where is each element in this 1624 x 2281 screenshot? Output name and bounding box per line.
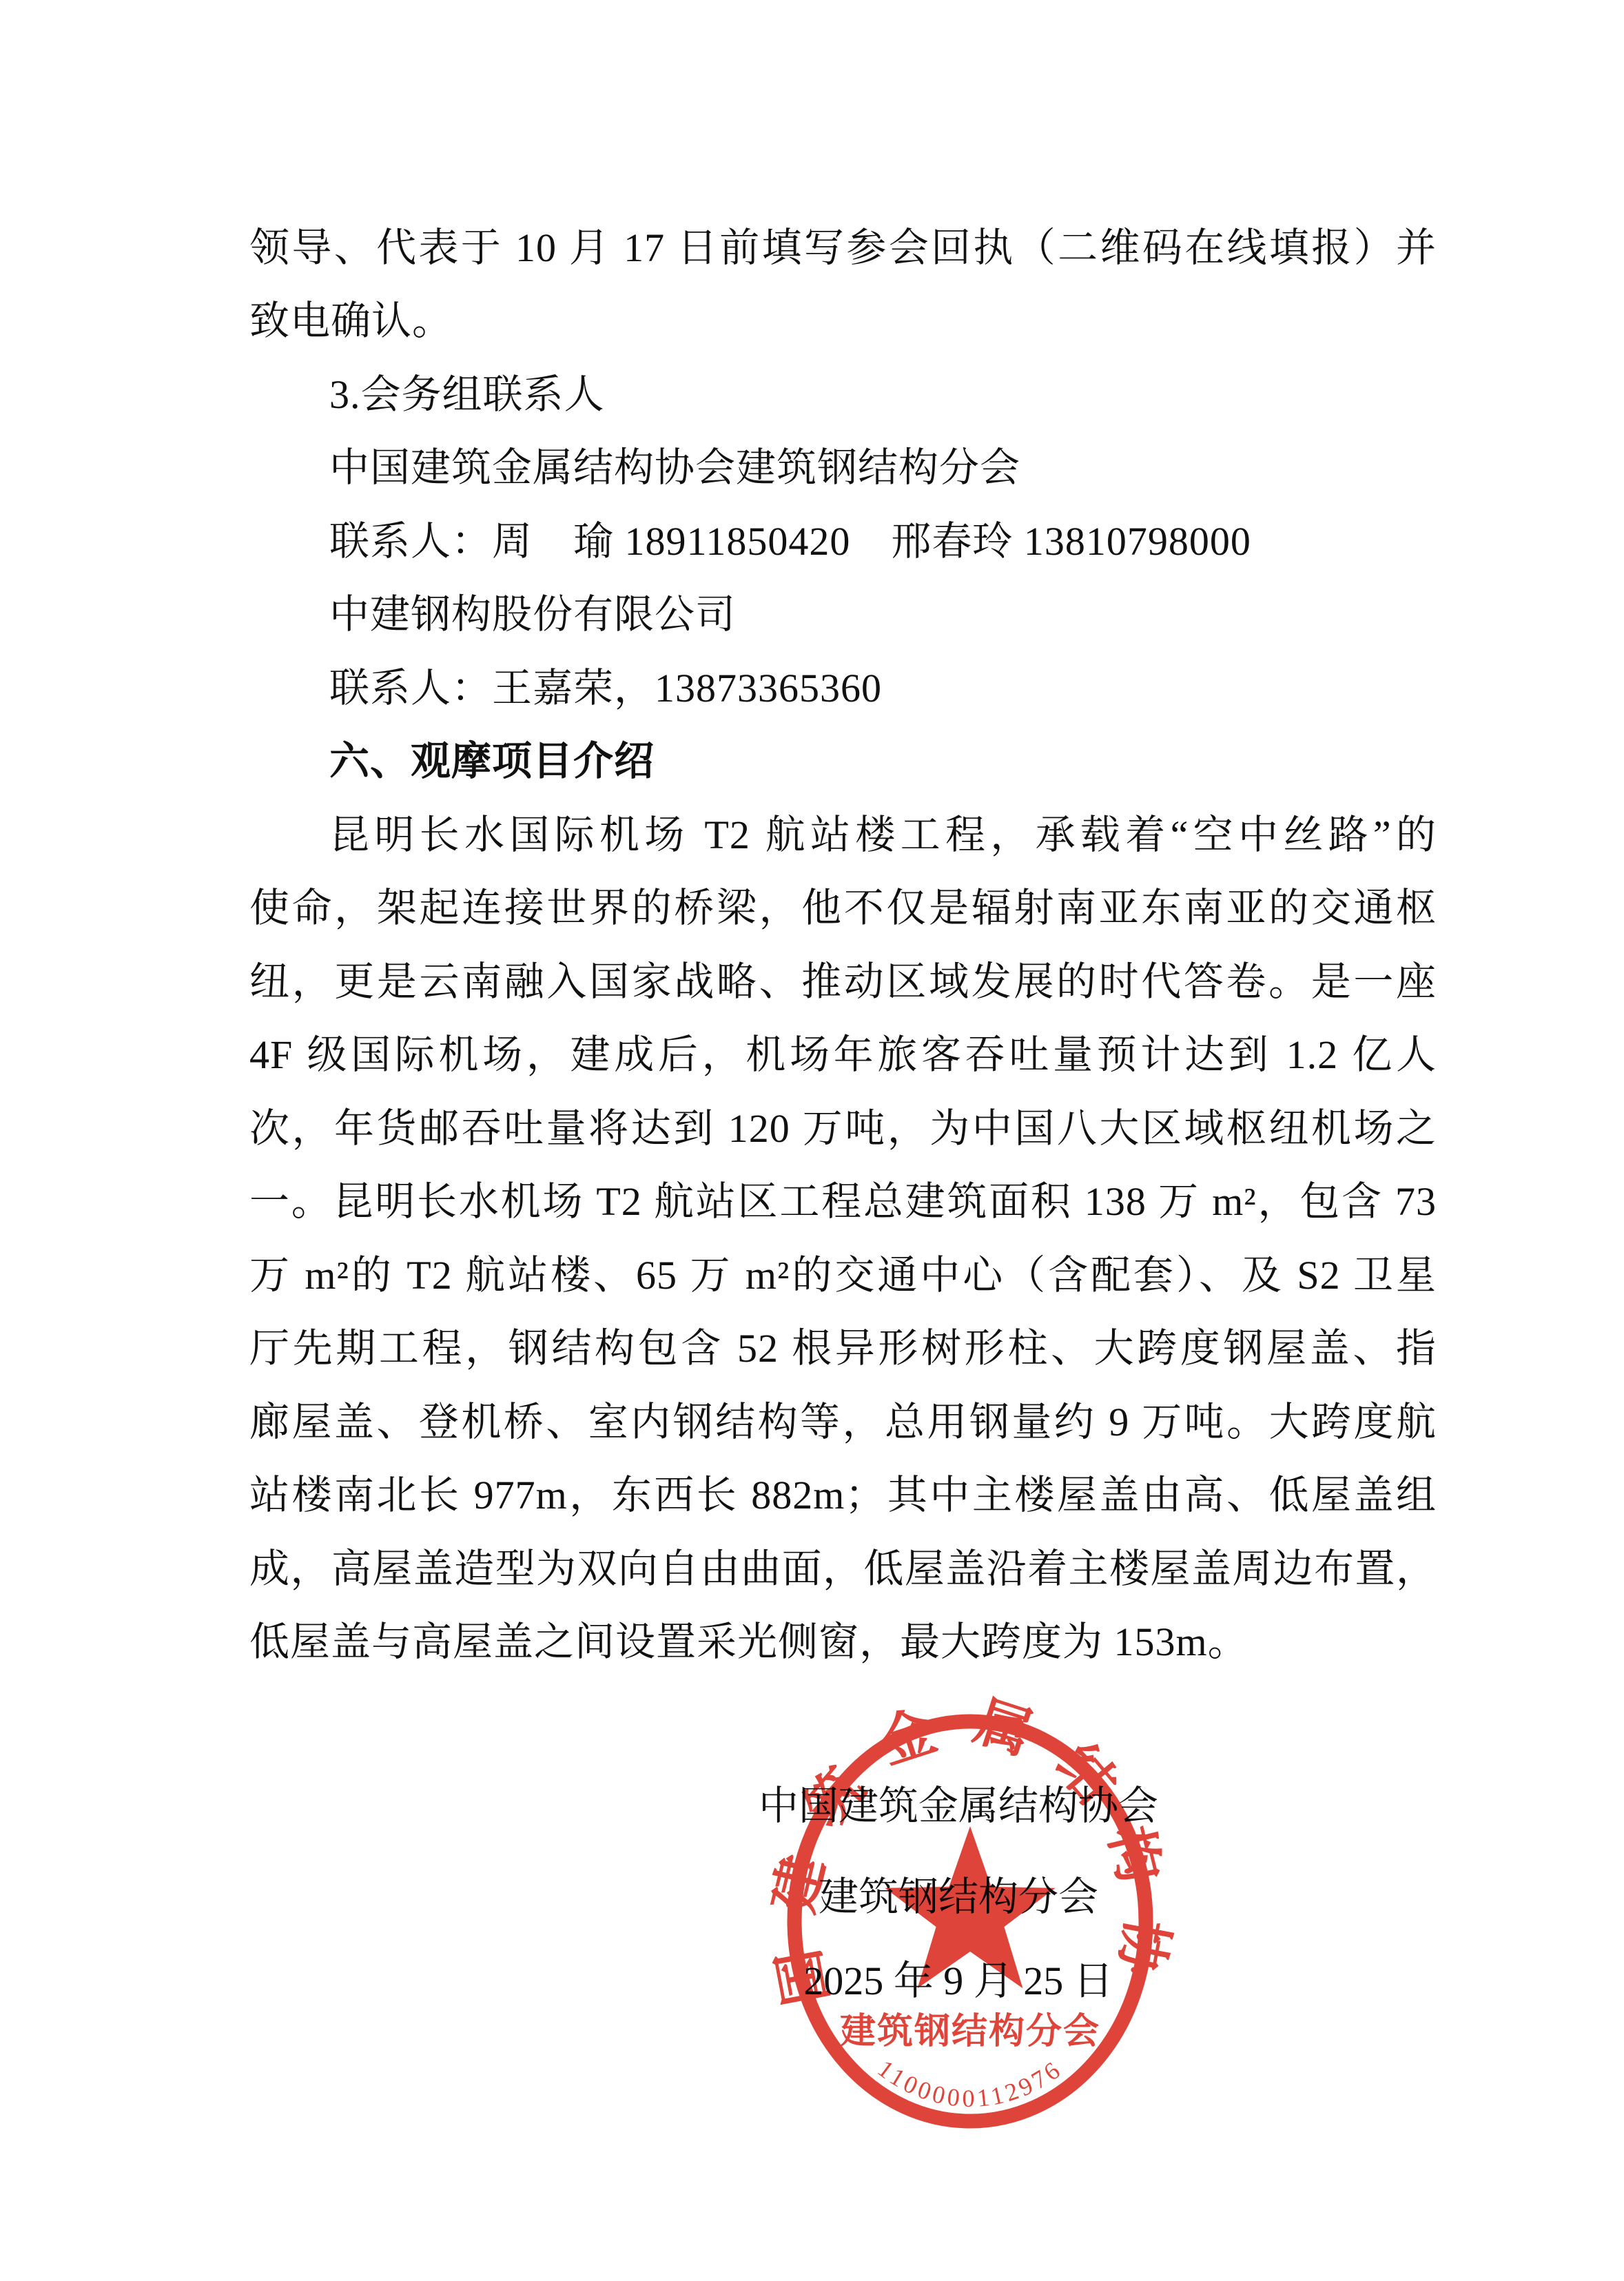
section-heading: 六、观摩项目介绍 <box>249 737 1437 788</box>
document-page: 领导、代表于 10 月 17 日前填写参会回执（二维码在线填报）并 致电确认。 … <box>0 0 1624 2281</box>
body-line: 联系人：王嘉荣，13873365360 <box>249 664 1437 715</box>
body-line: 3.会务组联系人 <box>249 371 1437 422</box>
body-line: 纽，更是云南融入国家战略、推动区域发展的时代答卷。是一座 <box>249 958 1437 1009</box>
body-line: 低屋盖与高屋盖之间设置采光侧窗，最大跨度为 153m。 <box>249 1618 1437 1669</box>
body-line: 一。昆明长水机场 T2 航站区工程总建筑面积 138 万 m²，包含 73 <box>249 1178 1437 1229</box>
seal-ring-text: 中国建筑金属结构协会 <box>741 1695 1177 2009</box>
body-line: 联系人：周 瑜 18911850420 邢春玲 13810798000 <box>249 518 1437 569</box>
body-line: 致电确认。 <box>249 297 1437 348</box>
body-line: 昆明长水国际机场 T2 航站楼工程，承载着“空中丝路”的 <box>249 811 1437 862</box>
seal-star-icon <box>885 1826 1055 1988</box>
body-line: 中国建筑金属结构协会建筑钢结构分会 <box>249 444 1437 495</box>
body-line: 厅先期工程，钢结构包含 52 根异形树形柱、大跨度钢屋盖、指 <box>249 1324 1437 1375</box>
official-seal: 中国建筑金属结构协会 建筑钢结构分会 1100000112976 <box>741 1695 1202 2157</box>
body-line: 成，高屋盖造型为双向自由曲面，低屋盖沿着主楼屋盖周边布置， <box>249 1545 1437 1596</box>
body-line: 廊屋盖、登机桥、室内钢结构等，总用钢量约 9 万吨。大跨度航 <box>249 1398 1437 1449</box>
body-line: 使命，架起连接世界的桥梁，他不仅是辐射南亚东南亚的交通枢 <box>249 884 1437 935</box>
body-line: 万 m²的 T2 航站楼、65 万 m²的交通中心（含配套）、及 S2 卫星 <box>249 1251 1437 1302</box>
body-line: 站楼南北长 977m，东西长 882m；其中主楼屋盖由高、低屋盖组 <box>249 1471 1437 1522</box>
body-line: 4F 级国际机场，建成后，机场年旅客吞吐量预计达到 1.2 亿人 <box>249 1031 1437 1082</box>
body-line: 次，年货邮吞吐量将达到 120 万吨，为中国八大区域枢纽机场之 <box>249 1105 1437 1156</box>
body-line: 领导、代表于 10 月 17 日前填写参会回执（二维码在线填报）并 <box>249 224 1437 275</box>
body-line: 中建钢构股份有限公司 <box>249 591 1437 642</box>
seal-inner-text: 建筑钢结构分会 <box>840 2012 1100 2052</box>
